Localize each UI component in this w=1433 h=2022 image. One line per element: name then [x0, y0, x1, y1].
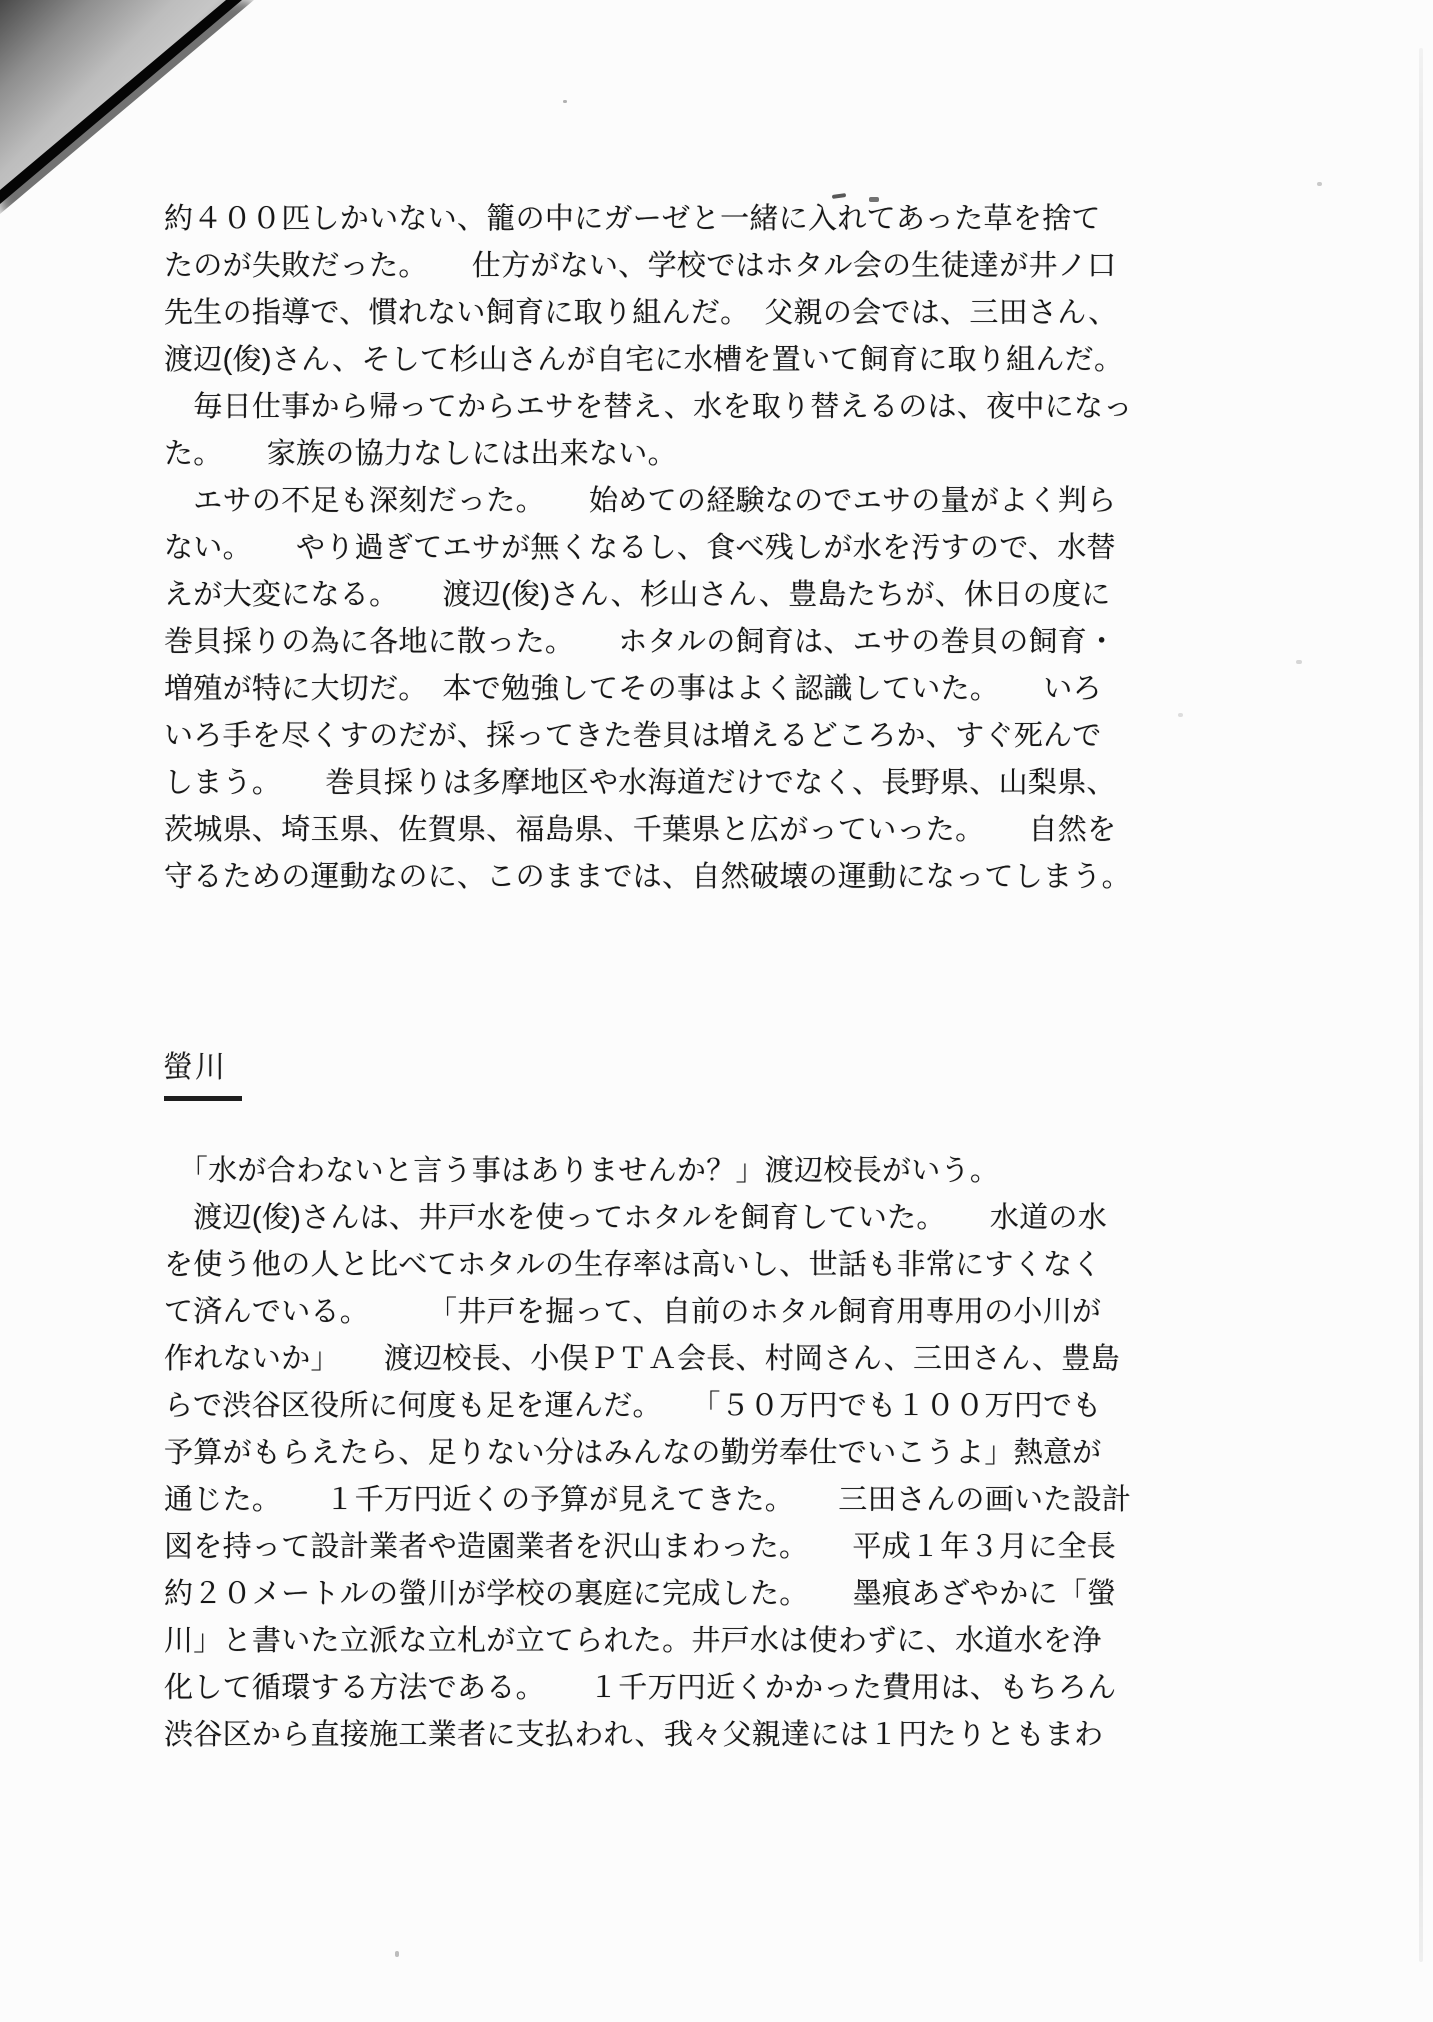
- scan-corner-shadow: [0, 0, 254, 214]
- text-line: 通じた。 １千万円近くの予算が見えてきた。 三田さんの画いた設計: [164, 1477, 1194, 1524]
- scan-speck: [395, 1951, 399, 1957]
- text-line: 渡辺(俊)さんは、井戸水を使ってホタルを飼育していた。 水道の水: [164, 1195, 1194, 1242]
- text-line: たのが失敗だった。 仕方がない、学校ではホタル会の生徒達が井ノ口: [164, 243, 1194, 290]
- text-line: 「水が合わないと言う事はありませんか？」渡辺校長がいう。: [164, 1148, 1194, 1195]
- scan-speck: [563, 100, 567, 103]
- text-line: 作れないか」 渡辺校長、小俣ＰＴＡ会長、村岡さん、三田さん、豊島: [164, 1336, 1194, 1383]
- text-line: エサの不足も深刻だった。 始めての経験なのでエサの量がよく判ら: [164, 478, 1194, 525]
- text-line: 守るための運動なのに、このままでは、自然破壊の運動になってしまう。: [164, 854, 1194, 901]
- text-line: 毎日仕事から帰ってからエサを替え、水を取り替えるのは、夜中になっ: [164, 384, 1194, 431]
- text-line: 渋谷区から直接施工業者に支払われ、我々父親達には１円たりともまわ: [164, 1712, 1194, 1759]
- text-line: 約２０メートルの螢川が学校の裏庭に完成した。 墨痕あざやかに「螢: [164, 1571, 1194, 1618]
- text-line: 川」と書いた立派な立札が立てられた。井戸水は使わずに、水道水を浄: [164, 1618, 1194, 1665]
- scan-speck: [1317, 182, 1322, 186]
- paragraph-block-1: 約４００匹しかいない、籠の中にガーゼと一緒に入れてあった草を捨て たのが失敗だっ…: [164, 196, 1194, 901]
- text-line: 予算がもらえたら、足りない分はみんなの勤労奉仕でいこうよ」熱意が: [164, 1430, 1194, 1477]
- section-heading: 螢川: [163, 1046, 227, 1090]
- text-line: 巻貝採りの為に各地に散った。 ホタルの飼育は、エサの巻貝の飼育・: [164, 619, 1194, 666]
- text-line: いろ手を尽くすのだが、採ってきた巻貝は増えるどころか、すぐ死んで: [164, 713, 1194, 760]
- text-line: 化して循環する方法である。 １千万円近くかかった費用は、もちろん: [164, 1665, 1194, 1712]
- text-line: 約４００匹しかいない、籠の中にガーゼと一緒に入れてあった草を捨て: [164, 196, 1194, 243]
- scan-corner-edge: [0, 0, 242, 204]
- scan-speck: [869, 197, 879, 202]
- scan-speck: [1178, 713, 1183, 717]
- text-line: た。 家族の協力なしには出来ない。: [164, 431, 1194, 478]
- scanned-document-page: 約４００匹しかいない、籠の中にガーゼと一緒に入れてあった草を捨て たのが失敗だっ…: [0, 0, 1433, 2022]
- text-line: らで渋谷区役所に何度も足を運んだ。 「５０万円でも１００万円でも: [164, 1383, 1194, 1430]
- text-line: えが大変になる。 渡辺(俊)さん、杉山さん、豊島たちが、休日の度に: [164, 572, 1194, 619]
- text-line: て済んでいる。 「井戸を掘って、自前のホタル飼育用専用の小川が: [164, 1289, 1194, 1336]
- text-line: 増殖が特に大切だ。 本で勉強してその事はよく認識していた。 いろ: [164, 666, 1194, 713]
- scan-edge-line: [1419, 48, 1423, 1962]
- text-line: 先生の指導で、慣れない飼育に取り組んだ。 父親の会では、三田さん、: [164, 290, 1194, 337]
- text-line: 茨城県、埼玉県、佐賀県、福島県、千葉県と広がっていった。 自然を: [164, 807, 1194, 854]
- text-line: 渡辺(俊)さん、そして杉山さんが自宅に水槽を置いて飼育に取り組んだ。: [164, 337, 1194, 384]
- text-line: しまう。 巻貝採りは多摩地区や水海道だけでなく、長野県、山梨県、: [164, 760, 1194, 807]
- text-line: ない。 やり過ぎてエサが無くなるし、食べ残しが水を汚すので、水替: [164, 525, 1194, 572]
- heading-underline: [164, 1096, 242, 1101]
- text-line: を使う他の人と比べてホタルの生存率は高いし、世話も非常にすくなく: [164, 1242, 1194, 1289]
- scan-corner-fill: [0, 0, 226, 190]
- text-line: 図を持って設計業者や造園業者を沢山まわった。 平成１年３月に全長: [164, 1524, 1194, 1571]
- scan-speck: [1296, 660, 1302, 664]
- paragraph-block-2: 「水が合わないと言う事はありませんか？」渡辺校長がいう。 渡辺(俊)さんは、井戸…: [164, 1148, 1194, 1759]
